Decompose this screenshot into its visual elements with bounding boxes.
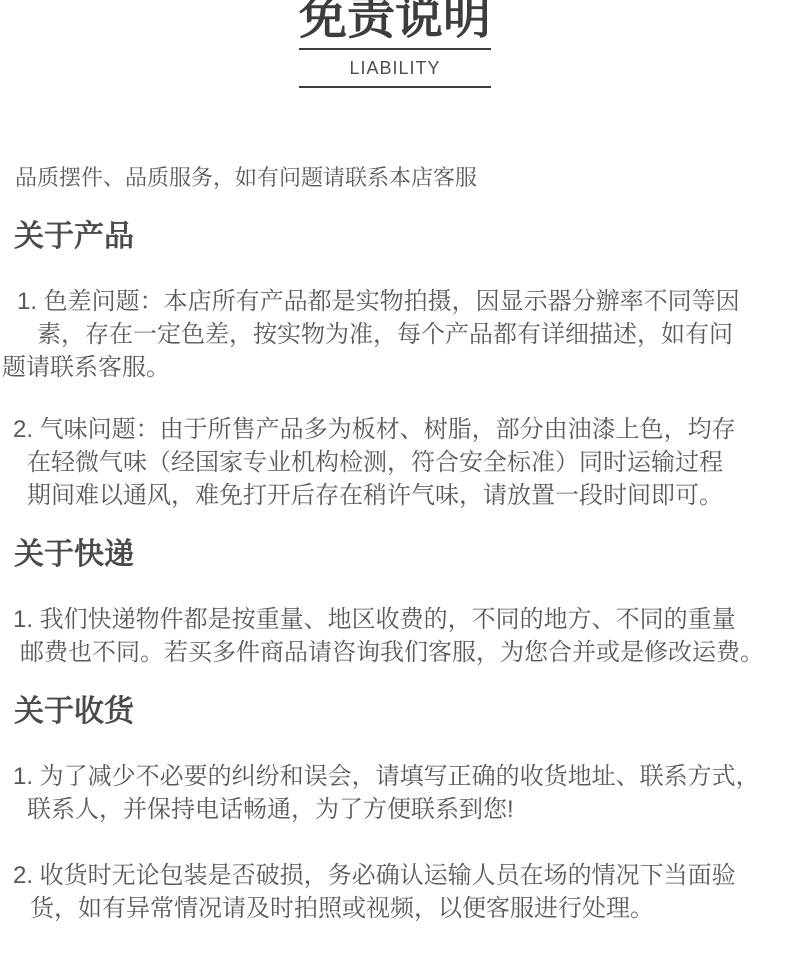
liability-page: 免责说明 LIABILITY 品质摆件、品质服务，如有问题请联系本店客服 关于产… (0, 0, 790, 975)
list-item-color-difference: 1. 色差问题：本店所有产品都是实物拍摄，因显示器分辦率不同等因 素，存在一定色… (0, 285, 790, 384)
list-item-shipping-fee: 1. 我们快递物件都是按重量、地区收费的，不同的地方、不同的重量 邮费也不同。若… (0, 603, 790, 669)
list-item-line: 在轻微气味（经国家专业机构检测，符合安全标准）同时运输过程 (27, 446, 790, 479)
list-item-line: 1. 色差问题：本店所有产品都是实物拍摄，因显示器分辦率不同等因 (17, 285, 790, 318)
title-divider-bottom (299, 86, 491, 88)
section-heading-products: 关于产品 (14, 220, 790, 254)
page-subtitle-en: LIABILITY (299, 50, 491, 86)
page-title: 免责说明 (299, 0, 491, 46)
intro-text: 品质摆件、品质服务，如有问题请联系本店客服 (15, 166, 790, 190)
list-item-line: 素，存在一定色差，按实物为准，每个产品都有详细描述，如有问 (37, 318, 790, 351)
list-item-line: 题请联系客服。 (2, 351, 790, 384)
list-item-line: 联系人，并保持电话畅通，为了方便联系到您! (27, 793, 790, 826)
list-item-line: 1. 我们快递物件都是按重量、地区收费的，不同的地方、不同的重量 (13, 603, 790, 636)
list-item-address: 1. 为了减少不必要的纠纷和误会，请填写正确的收货地址、联系方式， 联系人，并保… (0, 760, 790, 826)
list-item-line: 1. 为了减少不必要的纠纷和误会，请填写正确的收货地址、联系方式， (13, 760, 790, 793)
list-item-odor: 2. 气味问题：由于所售产品多为板材、树脂，部分由油漆上色，均存 在轻微气味（经… (0, 413, 790, 512)
list-item-inspection: 2. 收货时无论包装是否破损，务必确认运输人员在场的情况下当面验 货，如有异常情… (0, 859, 790, 925)
section-heading-delivery: 关于收货 (14, 695, 790, 729)
list-item-line: 邮费也不同。若买多件商品请咨询我们客服，为您合并或是修改运费。 (20, 636, 790, 669)
list-item-line: 2. 收货时无论包装是否破损，务必确认运输人员在场的情况下当面验 (13, 859, 790, 892)
list-item-line: 2. 气味问题：由于所售产品多为板材、树脂，部分由油漆上色，均存 (13, 413, 790, 446)
page-header: 免责说明 LIABILITY (299, 0, 491, 88)
list-item-line: 期间难以通风，难免打开后存在稍许气味，请放置一段时间即可。 (27, 479, 790, 512)
section-heading-shipping: 关于快递 (14, 538, 790, 572)
list-item-line: 货，如有异常情况请及时拍照或视频，以便客服进行处理。 (30, 892, 790, 925)
